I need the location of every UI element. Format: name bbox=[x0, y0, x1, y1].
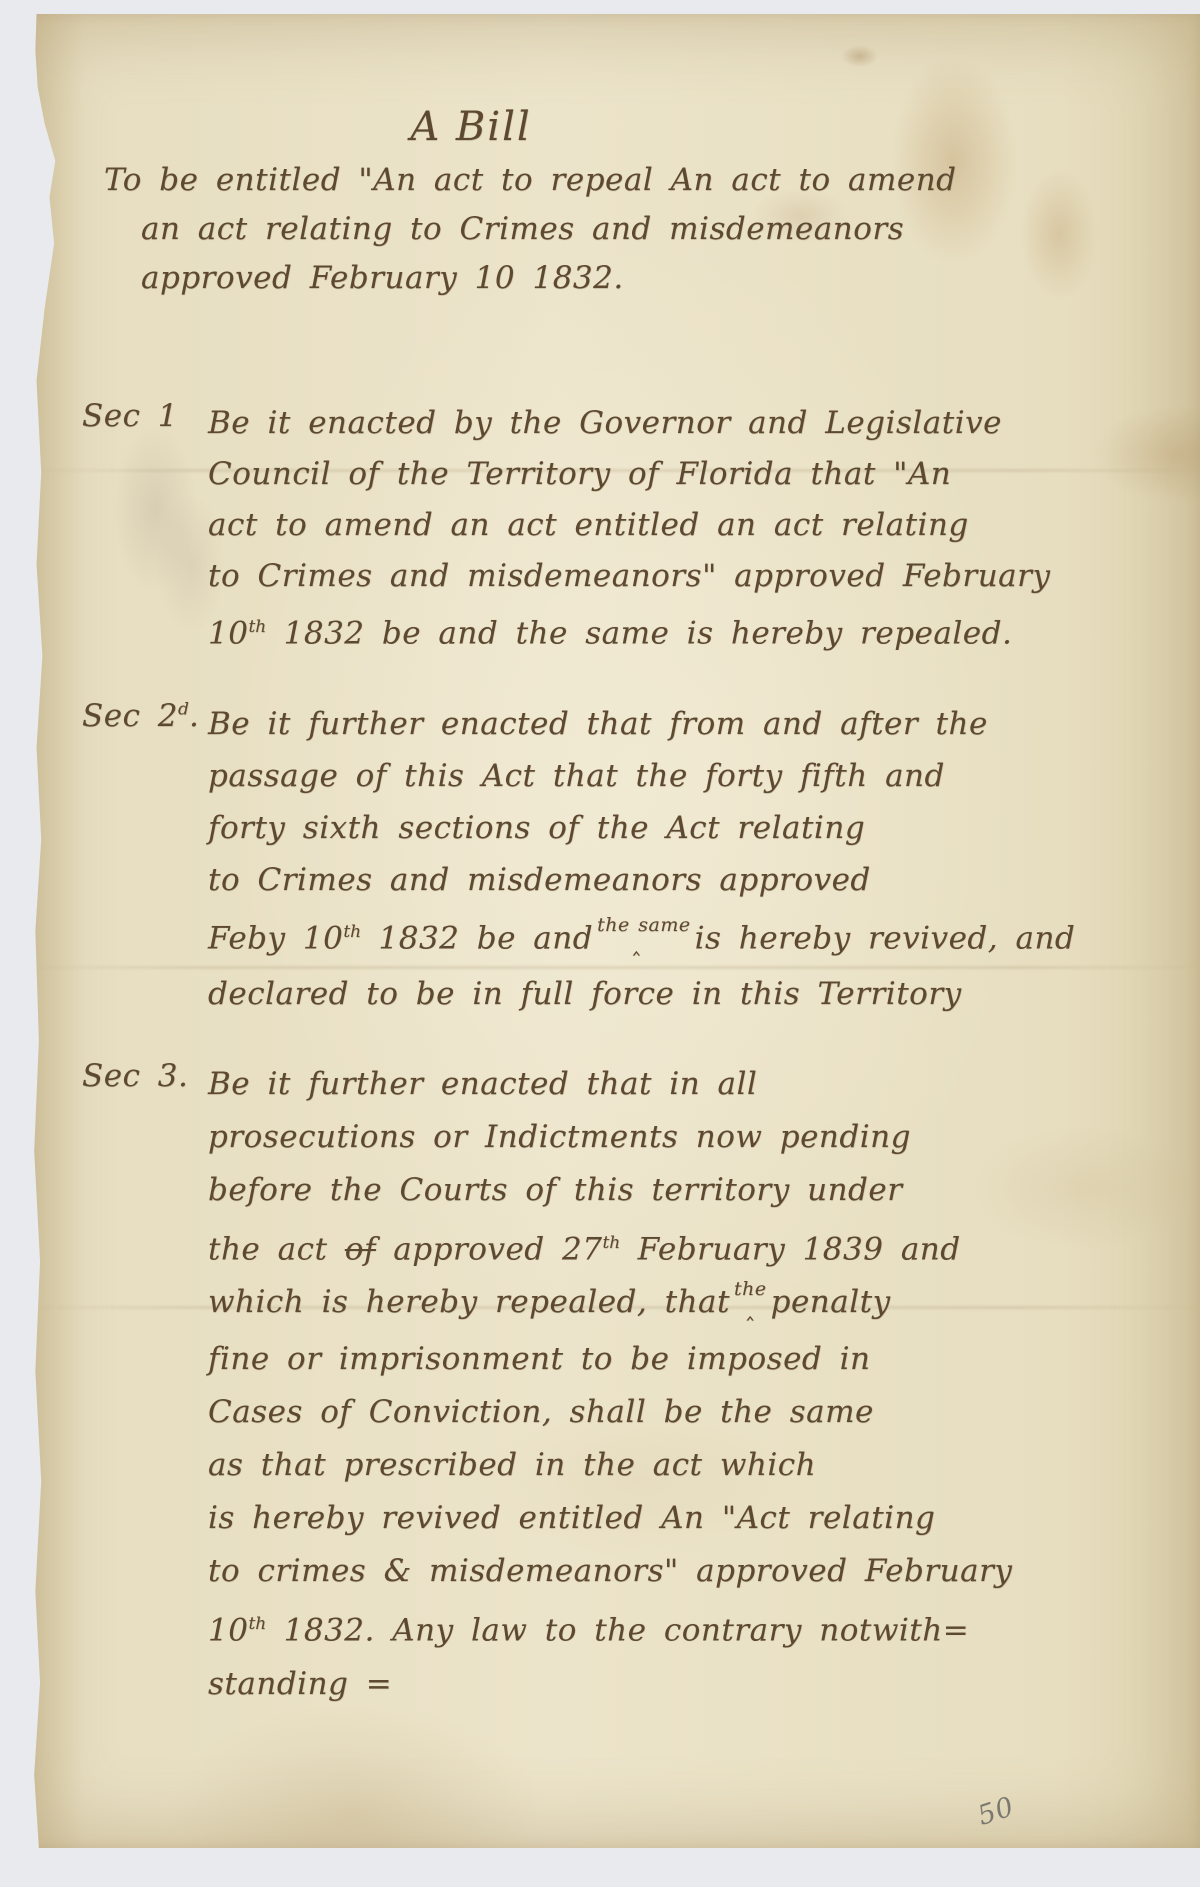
text-line: to crimes & misdemeanors" approved Febru… bbox=[208, 1545, 1012, 1598]
text-line: the act of approved 27th February 1839 a… bbox=[208, 1217, 1012, 1276]
text-line: an act relating to Crimes and misdemeano… bbox=[141, 205, 957, 254]
text-line: declared to be in full force in this Ter… bbox=[208, 968, 1075, 1020]
text-line: Be it further enacted that in all bbox=[208, 1058, 1012, 1111]
text-line: as that prescribed in the act which bbox=[208, 1439, 1012, 1492]
section-3-body: Be it further enacted that in allprosecu… bbox=[208, 1058, 1012, 1711]
text-line: 10th 1832 be and the same is hereby repe… bbox=[208, 602, 1051, 659]
scan-background: A Bill To be entitled "An act to repeal … bbox=[0, 0, 1200, 1887]
text-line: to Crimes and misdemeanors" approved Feb… bbox=[208, 551, 1051, 602]
text-line: prosecutions or Indictments now pending bbox=[208, 1111, 1012, 1164]
section-2: Sec 2d. Be it further enacted that from … bbox=[82, 698, 1075, 1020]
text-line: to Crimes and misdemeanors approved bbox=[208, 854, 1075, 906]
text-line: standing = bbox=[208, 1658, 1012, 1711]
text-line: forty sixth sections of the Act relating bbox=[208, 802, 1075, 854]
text-line: act to amend an act entitled an act rela… bbox=[208, 500, 1051, 551]
text-line: is hereby revived entitled An "Act relat… bbox=[208, 1492, 1012, 1545]
section-1-body: Be it enacted by the Governor and Legisl… bbox=[208, 398, 1051, 659]
section-1-label: Sec 1 bbox=[82, 398, 208, 434]
section-1: Sec 1 Be it enacted by the Governor and … bbox=[82, 398, 1051, 659]
text-line: passage of this Act that the forty fifth… bbox=[208, 750, 1075, 802]
page-number-pencil: 50 bbox=[974, 1791, 1018, 1832]
document-preamble: To be entitled "An act to repeal An act … bbox=[141, 156, 957, 303]
text-line: fine or imprisonment to be imposed in bbox=[208, 1333, 1012, 1386]
text-line: Be it further enacted that from and afte… bbox=[208, 698, 1075, 750]
text-line: Council of the Territory of Florida that… bbox=[208, 449, 1051, 500]
text-line: Be it enacted by the Governor and Legisl… bbox=[208, 398, 1051, 449]
text-line: which is hereby repealed, thatthepenalty bbox=[208, 1276, 1012, 1333]
text-line: Feby 10th 1832 be andthe sameis hereby r… bbox=[208, 906, 1075, 968]
section-2-label: Sec 2d. bbox=[82, 698, 208, 734]
document-title: A Bill bbox=[256, 104, 686, 150]
section-3: Sec 3. Be it further enacted that in all… bbox=[82, 1058, 1012, 1711]
section-2-body: Be it further enacted that from and afte… bbox=[208, 698, 1075, 1020]
text-line: Cases of Conviction, shall be the same bbox=[208, 1386, 1012, 1439]
text-line: To be entitled "An act to repeal An act … bbox=[104, 156, 957, 205]
text-line: before the Courts of this territory unde… bbox=[208, 1164, 1012, 1217]
section-3-label: Sec 3. bbox=[82, 1058, 208, 1094]
manuscript-page: A Bill To be entitled "An act to repeal … bbox=[26, 14, 1200, 1848]
text-line: approved February 10 1832. bbox=[141, 254, 957, 303]
text-line: 10th 1832. Any law to the contrary notwi… bbox=[208, 1598, 1012, 1657]
